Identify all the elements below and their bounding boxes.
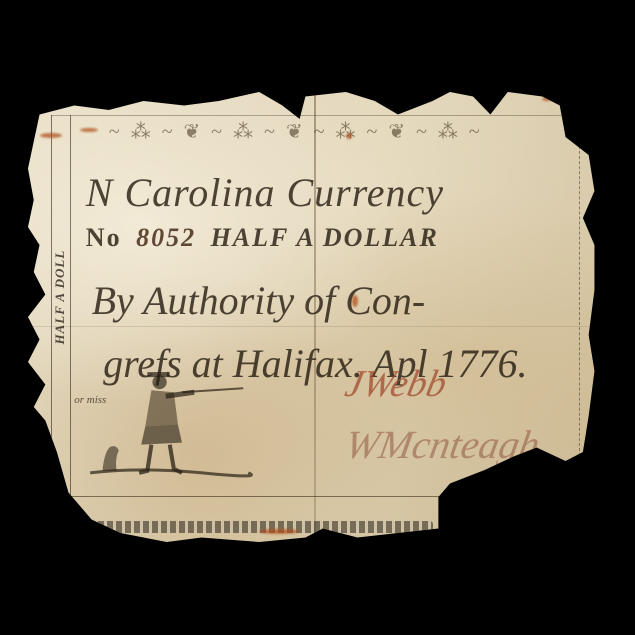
bottom-ornamental-band: [80, 521, 433, 533]
note-heading: N Carolina Currency: [86, 169, 444, 216]
rust-stain: [542, 97, 552, 101]
authority-line: By Authority of Con-: [92, 277, 426, 324]
top-flourish: ~ ⁂ ~ ❦ ~ ⁂ ~ ❦ ~ ⁂ ~ ❦ ~ ⁂ ~: [109, 119, 543, 146]
number-prefix: No: [86, 223, 122, 252]
serial-number: 8052: [136, 223, 196, 252]
side-border-text: HALF A DOLL: [52, 173, 70, 421]
serial-denomination-line: No 8052 HALF A DOLLAR: [86, 223, 439, 253]
signature-1: JWebb: [341, 362, 450, 406]
denomination: HALF A DOLLAR: [211, 223, 439, 252]
rust-stain: [485, 97, 495, 101]
photo-stage: HALF A DOLL ~ ⁂ ~ ❦ ~ ⁂ ~ ❦ ~ ⁂ ~ ❦ ~ ⁂ …: [0, 0, 635, 635]
rust-stain: [259, 529, 299, 534]
currency-note: HALF A DOLL ~ ⁂ ~ ❦ ~ ⁂ ~ ❦ ~ ⁂ ~ ❦ ~ ⁂ …: [28, 92, 606, 542]
rust-stain: [352, 295, 358, 307]
hunter-vignette-illustration: [80, 362, 253, 488]
rust-stain: [80, 128, 98, 132]
signature-2: WMcnteagh: [342, 421, 544, 468]
rust-stain: [40, 133, 62, 138]
right-border-rule: [579, 146, 580, 461]
rust-stain: [346, 133, 352, 139]
